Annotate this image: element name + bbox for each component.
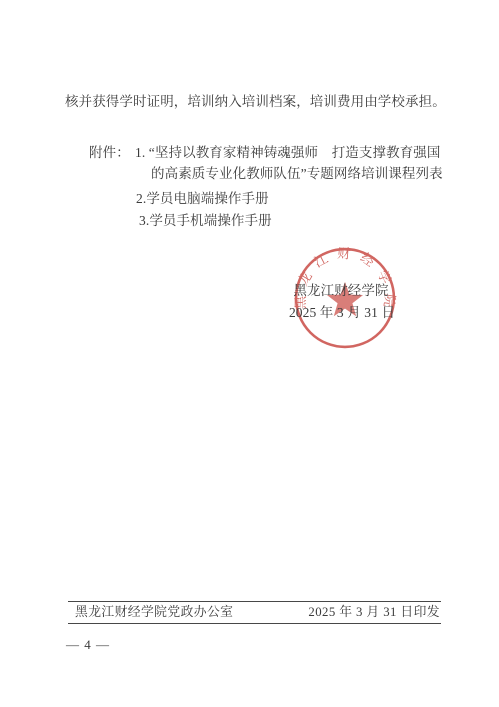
footer-rule-top: [68, 601, 441, 602]
footer-print-date: 2025 年 3 月 31 日印发: [308, 605, 440, 620]
attachment-item-2: 2.学员电脑端操作手册: [136, 191, 269, 206]
body-paragraph: 核并获得学时证明，培训纳入培训档案，培训费用由学校承担。: [65, 94, 446, 109]
page-number: — 4 —: [66, 637, 110, 652]
attachment-label: 附件：: [89, 145, 130, 160]
seal-graphic: 黑龙江财经学院: [288, 241, 402, 355]
official-seal: 黑龙江财经学院: [288, 241, 402, 355]
attachment-item-1-line-2: 的高素质专业化教师队伍”专题网络培训课程列表: [151, 166, 443, 181]
attachment-item-1-line-1: 1. “坚持以教育家精神铸魂强师 打造支撑教育强国: [135, 145, 441, 160]
footer-rule-bottom: [68, 623, 441, 624]
attachment-item-3: 3.学员手机端操作手册: [139, 213, 272, 228]
signature-organization: 黑龙江财经学院: [268, 283, 414, 298]
document-page: 核并获得学时证明，培训纳入培训档案，培训费用由学校承担。 附件： 1. “坚持以…: [0, 0, 499, 707]
footer-issuing-office: 黑龙江财经学院党政办公室: [75, 605, 233, 620]
signature-date: 2025 年 3 月 31 日: [268, 305, 416, 320]
